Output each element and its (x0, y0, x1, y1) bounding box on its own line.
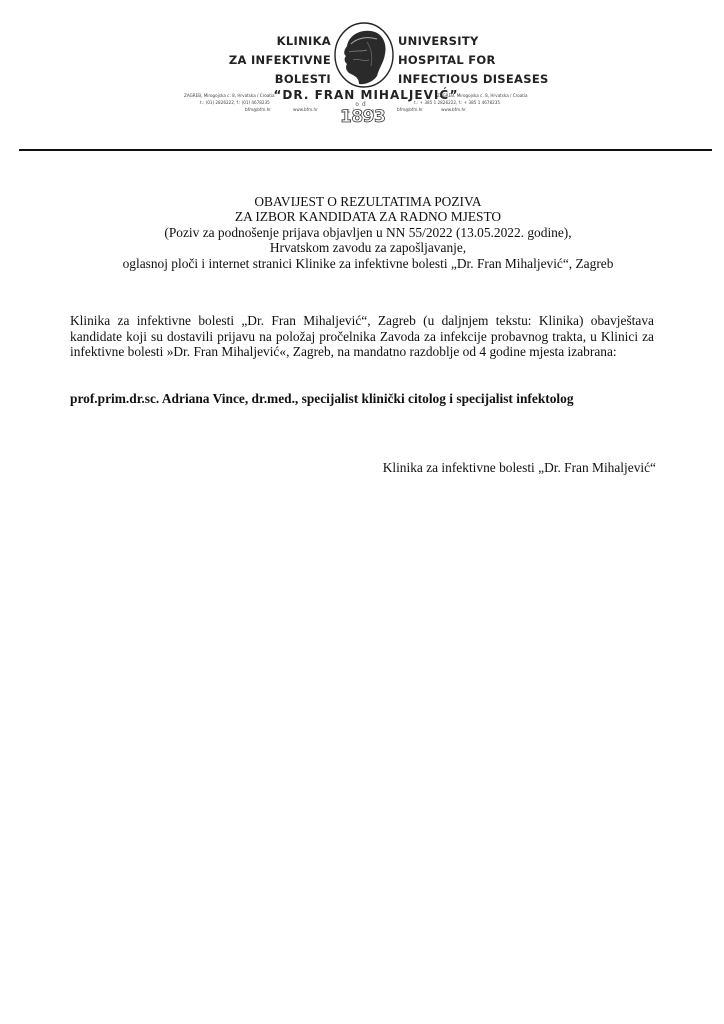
signature: Klinika za infektivne bolesti „Dr. Fran … (356, 460, 656, 476)
selected-candidate: prof.prim.dr.sc. Adriana Vince, dr.med.,… (70, 391, 670, 407)
letterhead-right-line-1: UNIVERSITY (398, 32, 549, 51)
portrait-emblem-icon (333, 22, 395, 92)
letterhead-english-name: UNIVERSITY HOSPITAL FOR INFECTIOUS DISEA… (398, 32, 549, 89)
subtitle-line-1: (Poziv za podnošenje prijava objavljen u… (100, 225, 636, 240)
right-email: bfm@bfm.hr (397, 107, 423, 114)
left-email: bfm@bfm.hr (245, 107, 271, 114)
title-line-2: ZA IZBOR KANDIDATA ZA RADNO MJESTO (100, 209, 636, 224)
letterhead-right-line-3: INFECTIOUS DISEASES (398, 70, 549, 89)
founding-year: 1893 (340, 107, 382, 127)
subtitle-line-3: oglasnoj ploči i internet stranici Klini… (100, 256, 636, 271)
title-line-1: OBAVIJEST O REZULTATIMA POZIVA (100, 194, 636, 209)
right-web: www.bfm.hr (441, 107, 466, 114)
header-divider (19, 149, 712, 151)
letterhead-croatian-name: KLINIKA ZA INFEKTIVNE BOLESTI (229, 32, 331, 89)
left-phone: t.: (01) 2826222, f.: (01) 4678235 (200, 100, 269, 107)
subtitle-line-2: Hrvatskom zavodu za zapošljavanje, (100, 240, 636, 255)
left-web: www.bfm.hr (293, 107, 318, 114)
letterhead-left-line-3: BOLESTI (229, 70, 331, 89)
right-phone: t.: + 385 1 2826222, f.: + 385 1 4678235 (414, 100, 500, 107)
letterhead-right-line-2: HOSPITAL FOR (398, 51, 549, 70)
letterhead-left-line-1: KLINIKA (229, 32, 331, 51)
right-address: ZAGREB, Mirogojska c. 8, Hrvatska / Croa… (437, 93, 528, 100)
left-address: ZAGREB, Mirogojska c. 8, Hrvatska / Croa… (184, 93, 269, 100)
body-paragraph: Klinika za infektivne bolesti „Dr. Fran … (70, 313, 654, 360)
document-page: KLINIKA ZA INFEKTIVNE BOLESTI UNIVERSITY… (0, 0, 724, 1024)
document-title-block: OBAVIJEST O REZULTATIMA POZIVA ZA IZBOR … (100, 194, 636, 271)
letterhead-left-line-2: ZA INFEKTIVNE (229, 51, 331, 70)
